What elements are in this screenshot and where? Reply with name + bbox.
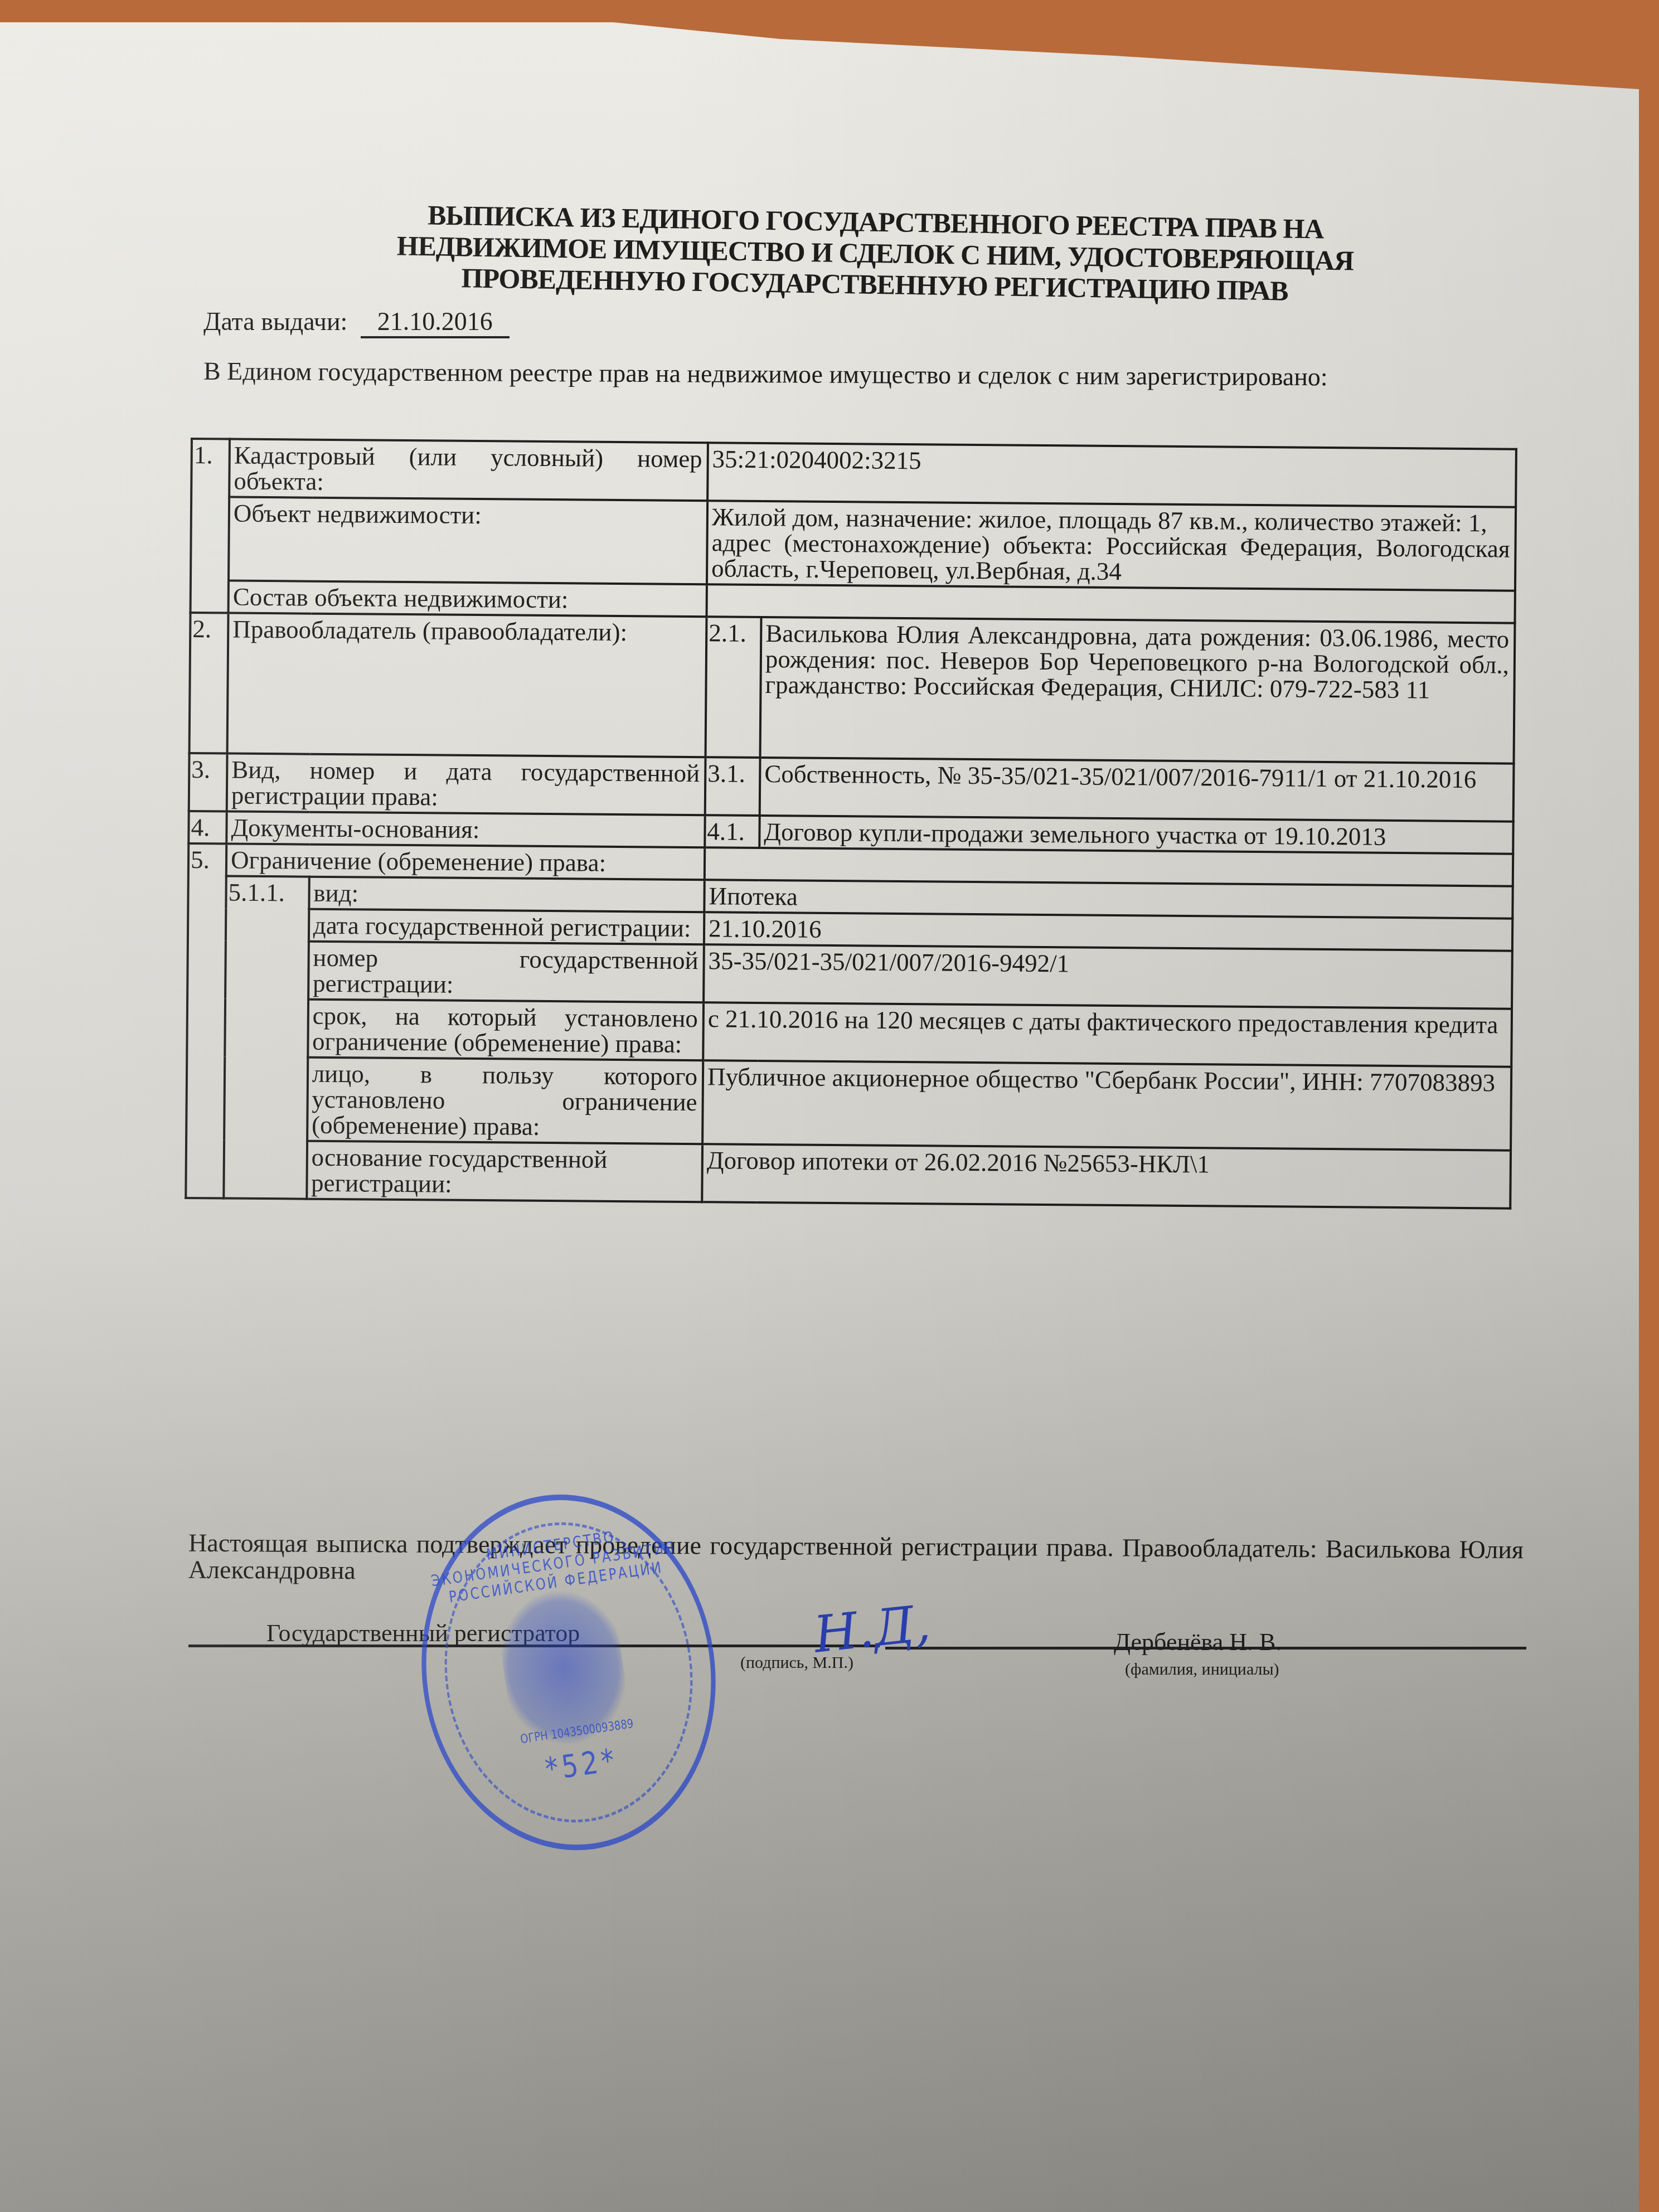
section-number: 5.: [186, 843, 226, 1199]
basis-documents-label: Документы-основания:: [226, 812, 705, 848]
table-row: Состав объекта недвижимости:: [191, 580, 1515, 623]
encumbrance-field-label: основание государственной регистрации:: [307, 1141, 702, 1202]
registry-table: 1. Кадастровый (или условный) номер объе…: [185, 438, 1517, 1210]
encumbrance-field-value: 21.10.2016: [704, 912, 1512, 950]
table-row: 2. Правообладатель (правообладатели): 2.…: [190, 613, 1515, 764]
right-type-label: Вид, номер и дата государственной регист…: [227, 754, 706, 816]
handwritten-signature: Н.Д,: [811, 1594, 933, 1664]
stamp-ogrn: ОГРН 1043500093889: [435, 1705, 718, 1759]
title-line-1: ВЫПИСКА ИЗ ЕДИНОГО ГОСУДАРСТВЕННОГО РЕЕС…: [290, 197, 1462, 247]
title-line-3: ПРОВЕДЕННУЮ ГОСУДАРСТВЕННУЮ РЕГИСТРАЦИЮ …: [289, 260, 1461, 309]
registrar-underline: [188, 1645, 880, 1647]
document-paper: ВЫПИСКА ИЗ ЕДИНОГО ГОСУДАРСТВЕННОГО РЕЕС…: [0, 22, 1639, 2212]
intro-text: В Едином государственном реестре прав на…: [203, 358, 1514, 391]
document-title: ВЫПИСКА ИЗ ЕДИНОГО ГОСУДАРСТВЕННОГО РЕЕС…: [289, 197, 1461, 309]
table-row: Объект недвижимости: Жилой дом, назначен…: [191, 497, 1516, 591]
encumbrance-field-value: с 21.10.2016 на 120 месяцев с даты факти…: [703, 1002, 1512, 1066]
table-row: номер государственной регистрации: 35-35…: [187, 940, 1512, 1009]
stamp-number: *52*: [439, 1727, 724, 1802]
signature-caption: (подпись, М.П.): [740, 1653, 853, 1672]
encumbrance-field-value: 35-35/021-35/021/007/2016-9492/1: [704, 944, 1512, 1008]
table-row: основание государственной регистрации: Д…: [186, 1140, 1511, 1209]
encumbrance-field-label: лицо, в пользу которого установлено огра…: [307, 1058, 703, 1144]
coat-of-arms-icon: [493, 1576, 634, 1759]
table-row: 3. Вид, номер и дата государственной рег…: [189, 753, 1514, 822]
object-label: Объект недвижимости:: [229, 497, 707, 585]
official-stamp: МИНИСТЕРСТВО ЭКОНОМИЧЕСКОГО РАЗВИТИЯ РОС…: [399, 1476, 739, 1870]
issue-date: Дата выдачи: 21.10.2016: [203, 307, 510, 338]
table-row: дата государственной регистрации: 21.10.…: [188, 908, 1512, 951]
section-number: 2.: [190, 613, 229, 754]
section-number: 4.: [188, 811, 226, 844]
table-row: лицо, в пользу которого установлено огра…: [186, 1056, 1511, 1151]
composition-value: [707, 584, 1515, 623]
encumbrance-field-label: дата государственной регистрации:: [309, 909, 705, 945]
table-row: срок, на который установлено ограничение…: [187, 998, 1512, 1067]
basis-documents-value: Договор купли-продажи земельного участка…: [759, 816, 1513, 854]
stamp-ring-text: МИНИСТЕРСТВО ЭКОНОМИЧЕСКОГО РАЗВИТИЯ РОС…: [409, 1517, 697, 1611]
cadastral-value: 35:21:0204002:3215: [707, 443, 1516, 507]
subsection-number: 4.1.: [705, 815, 759, 848]
subsection-number: 5.1.1.: [224, 876, 309, 1199]
encumbrance-field-label: вид:: [309, 877, 705, 913]
registrar-label: Государственный регистратор: [266, 1619, 580, 1647]
subsection-number: 2.1.: [706, 617, 761, 758]
object-value: Жилой дом, назначение: жилое, площадь 87…: [707, 501, 1516, 590]
signature-block: Государственный регистратор (подпись, М.…: [188, 1611, 1526, 1678]
subsection-number: 3.1.: [705, 757, 760, 816]
encumbrance-field-value: Ипотека: [704, 880, 1512, 918]
encumbrance-value: [705, 847, 1513, 886]
composition-label: Состав объекта недвижимости:: [229, 581, 707, 617]
right-type-value: Собственность, № 35-35/021-35/021/007/20…: [760, 758, 1514, 822]
table-row: 5.1.1. вид: Ипотека: [188, 876, 1512, 919]
stamp-inner-ring: [425, 1506, 712, 1839]
encumbrance-field-value: Договор ипотеки от 26.02.2016 №25653-НКЛ…: [702, 1144, 1511, 1208]
rightholder-label: Правообладатель (правообладатели):: [227, 613, 707, 758]
rightholder-value: Василькова Юлия Александровна, дата рожд…: [760, 617, 1515, 764]
issue-date-value: 21.10.2016: [361, 307, 510, 338]
object-description: Жилой дом, назначение: жилое, площадь 87…: [712, 504, 1510, 536]
encumbrance-field-label: номер государственной регистрации:: [308, 942, 704, 1003]
cadastral-label: Кадастровый (или условный) номер объекта…: [229, 439, 708, 501]
name-caption: (фамилия, инициалы): [1125, 1660, 1279, 1679]
object-address: адрес (местонахождение) объекта: Российс…: [711, 530, 1510, 587]
name-underline: [885, 1647, 1526, 1650]
section-number: 3.: [189, 753, 227, 812]
title-line-2: НЕДВИЖИМОЕ ИМУЩЕСТВО И СДЕЛОК С НИМ, УДО…: [290, 229, 1461, 278]
table-row: 1. Кадастровый (или условный) номер объе…: [191, 439, 1516, 507]
table-row: 5. Ограничение (обременение) права:: [188, 843, 1513, 886]
confirmation-text: Настоящая выписка подтверждает проведени…: [188, 1530, 1524, 1590]
section-number: 1.: [191, 439, 230, 613]
encumbrance-label: Ограничение (обременение) права:: [226, 844, 705, 880]
table-row: 4. Документы-основания: 4.1. Договор куп…: [188, 811, 1513, 854]
encumbrance-field-label: срок, на который установлено ограничение…: [308, 1000, 704, 1061]
registrar-name: Дербенёва Н. В.: [1114, 1628, 1282, 1656]
encumbrance-field-value: Публичное акционерное общество "Сбербанк…: [702, 1060, 1511, 1150]
issue-date-label: Дата выдачи:: [203, 307, 347, 336]
